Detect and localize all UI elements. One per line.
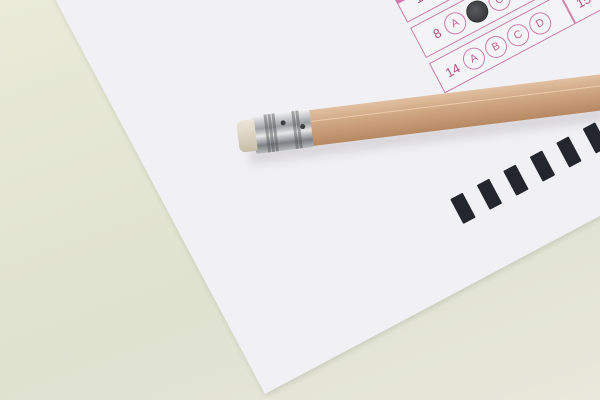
answer-sheet: ANSWER KEYS 1ABCD2ABCD3ABCD4ABCD5ABCD6AB…	[0, 0, 600, 394]
timing-mark	[530, 150, 556, 181]
answer-bubble[interactable]: D	[507, 0, 537, 3]
timing-mark	[583, 122, 600, 153]
answer-bubble[interactable]: A	[422, 0, 452, 3]
timing-mark	[503, 165, 529, 196]
timing-mark	[450, 193, 476, 224]
photo-scene: ANSWER KEYS 1ABCD2ABCD3ABCD4ABCD5ABCD6AB…	[0, 0, 600, 400]
timing-mark	[477, 179, 503, 210]
question-number: 15	[568, 0, 593, 13]
answer-bubble[interactable]: C	[484, 0, 514, 15]
timing-mark	[556, 136, 582, 167]
pencil-eraser	[236, 119, 258, 153]
question-number: 8	[419, 25, 444, 48]
question-number: 14	[438, 60, 463, 83]
pencil-ferrule	[252, 109, 314, 154]
question-number: 1	[400, 0, 425, 12]
answer-bubble[interactable]: D	[525, 9, 555, 39]
filled-answer-bubble[interactable]: B	[462, 0, 492, 26]
